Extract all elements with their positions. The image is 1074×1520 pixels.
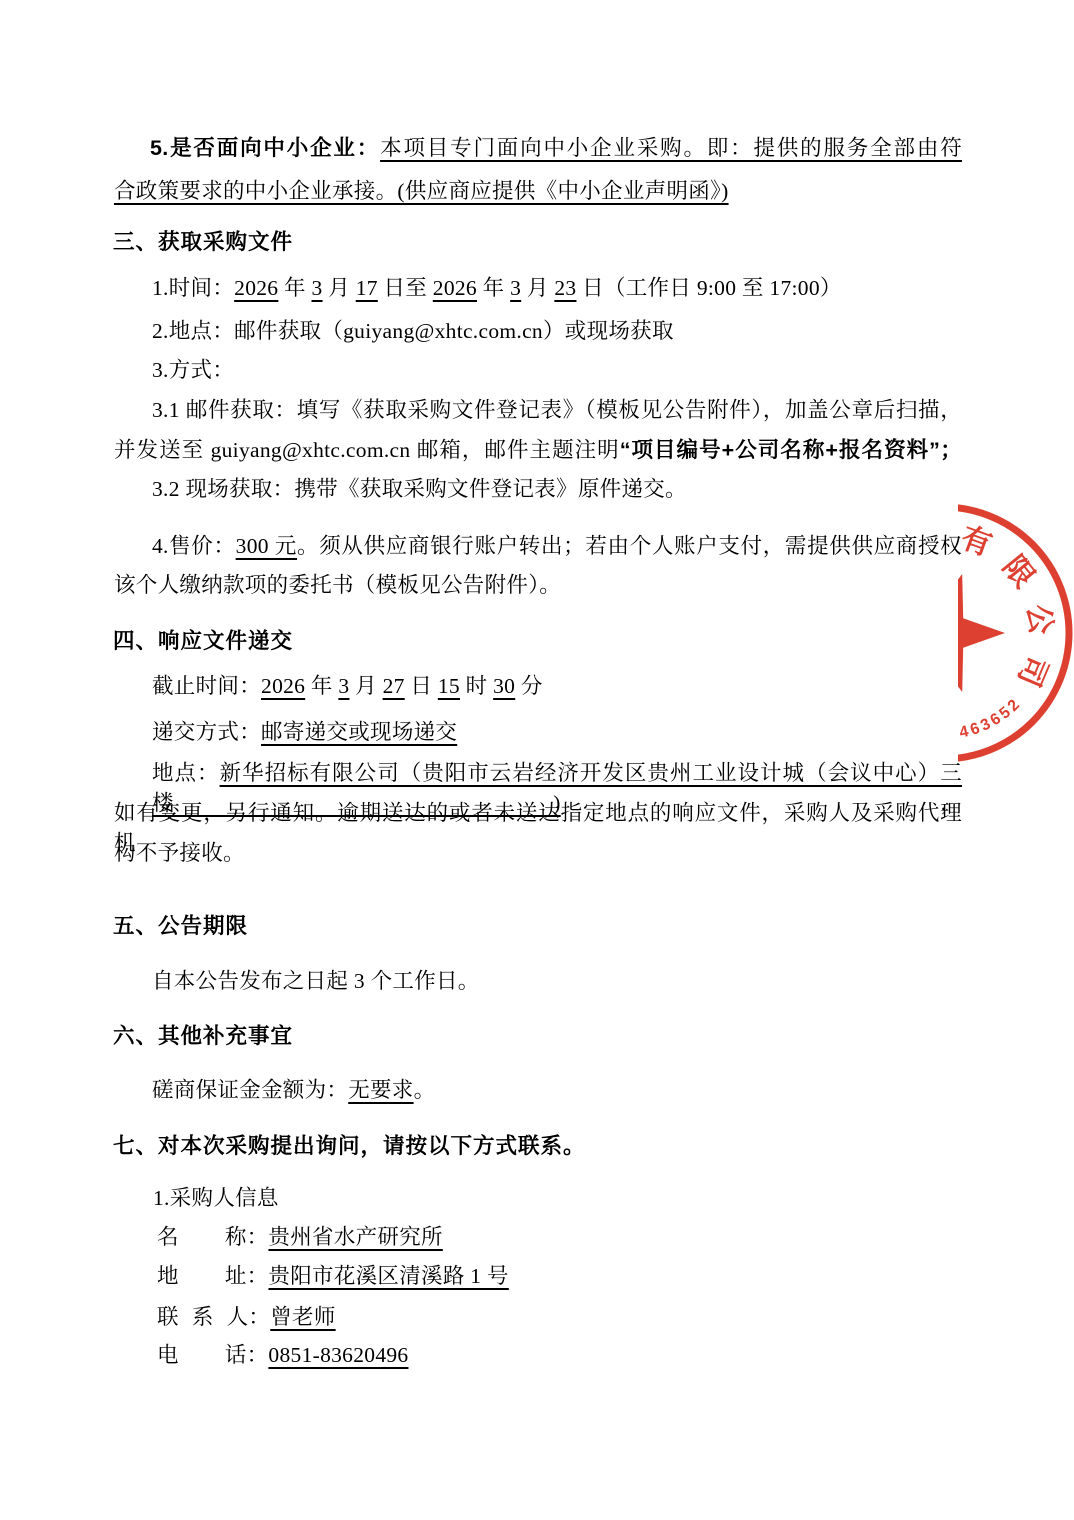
line-deadline: 截止时间：2026 年 3 月 27 日 15 时 30 分	[152, 671, 543, 701]
line-method-email-1: 3.1 邮件获取：填写《获取采购文件登记表》（模板见公告附件），加盖公章后扫描，	[152, 395, 962, 425]
contact-person-value: 曾老师	[270, 1305, 335, 1329]
heading-section-4: 四、响应文件递交	[113, 626, 293, 656]
line-announcement-period: 自本公告发布之日起 3 个工作日。	[152, 966, 480, 996]
heading-section-5: 五、公告期限	[113, 911, 248, 941]
heading-section-6: 六、其他补充事宜	[113, 1021, 293, 1051]
smb-label: 5.是否面向中小企业：	[150, 136, 380, 160]
deposit-value: 无要求	[348, 1078, 413, 1102]
row-purchaser-name: 名称：贵州省水产研究所	[157, 1222, 443, 1252]
purchaser-name-value: 贵州省水产研究所	[268, 1225, 442, 1249]
line-delivery-method: 递交方式：邮寄递交或现场递交	[152, 717, 457, 747]
heading-section-7: 七、对本次采购提出询问，请按以下方式联系。	[113, 1131, 586, 1161]
row-purchaser-address: 地址：贵阳市花溪区清溪路 1 号	[157, 1261, 509, 1291]
line-method-onsite: 3.2 现场获取：携带《获取采购文件登记表》原件递交。	[152, 474, 687, 504]
price-value: 300 元	[236, 534, 297, 558]
seal-star-icon	[958, 574, 1005, 692]
line-location: 2.地点：邮件获取（guiyang@xhtc.com.cn）或现场获取	[152, 316, 674, 346]
line-deposit: 磋商保证金金额为：无要求。	[152, 1075, 435, 1105]
company-seal: 有 限 公 司 0463652	[958, 502, 1074, 766]
line-price-1: 4.售价：300 元。须从供应商银行账户转出；若由个人账户支付，需提供供应商授权	[152, 531, 962, 561]
seal-ring-char: 公	[1021, 602, 1058, 636]
seal-ring-char: 司	[1011, 651, 1053, 692]
row-contact-person: 联系人：曾老师	[157, 1302, 336, 1332]
seal-ring-char: 限	[996, 550, 1041, 594]
line-method-email-2: 并发送至 guiyang@xhtc.com.cn 邮箱，邮件主题注明“项目编号+…	[114, 435, 962, 465]
seal-ring-char: 有	[958, 521, 996, 562]
para-smb-line1: 5.是否面向中小企业：本项目专门面向中小企业采购。即：提供的服务全部由符	[150, 133, 962, 163]
line-method: 3.方式：	[152, 355, 234, 385]
row-phone: 电话：0851-83620496	[157, 1340, 408, 1370]
heading-section-3: 三、获取采购文件	[113, 227, 293, 257]
para-smb-line2: 合政策要求的中小企业承接。(供应商应提供《中小企业声明函》)	[114, 176, 729, 206]
purchaser-address-value: 贵阳市花溪区清溪路 1 号	[268, 1264, 508, 1288]
document-page: 5.是否面向中小企业：本项目专门面向中小企业采购。即：提供的服务全部由符 合政策…	[0, 0, 1074, 1520]
line-time: 1.时间：2026 年 3 月 17 日至 2026 年 3 月 23 日（工作…	[152, 273, 842, 303]
phone-value: 0851-83620496	[268, 1343, 408, 1367]
company-seal-graphic: 有 限 公 司 0463652	[958, 503, 1073, 763]
email-subject-format: “项目编号+公司名称+报名资料”；	[620, 438, 962, 462]
smb-value: 本项目专门面向中小企业采购。即：提供的服务全部由符	[380, 136, 962, 160]
line-price-2: 该个人缴纳款项的委托书（模板见公告附件）。	[114, 570, 561, 600]
line-delivery-address-3: 构不予接收。	[114, 838, 245, 868]
line-purchaser-info-title: 1.采购人信息	[153, 1183, 279, 1213]
